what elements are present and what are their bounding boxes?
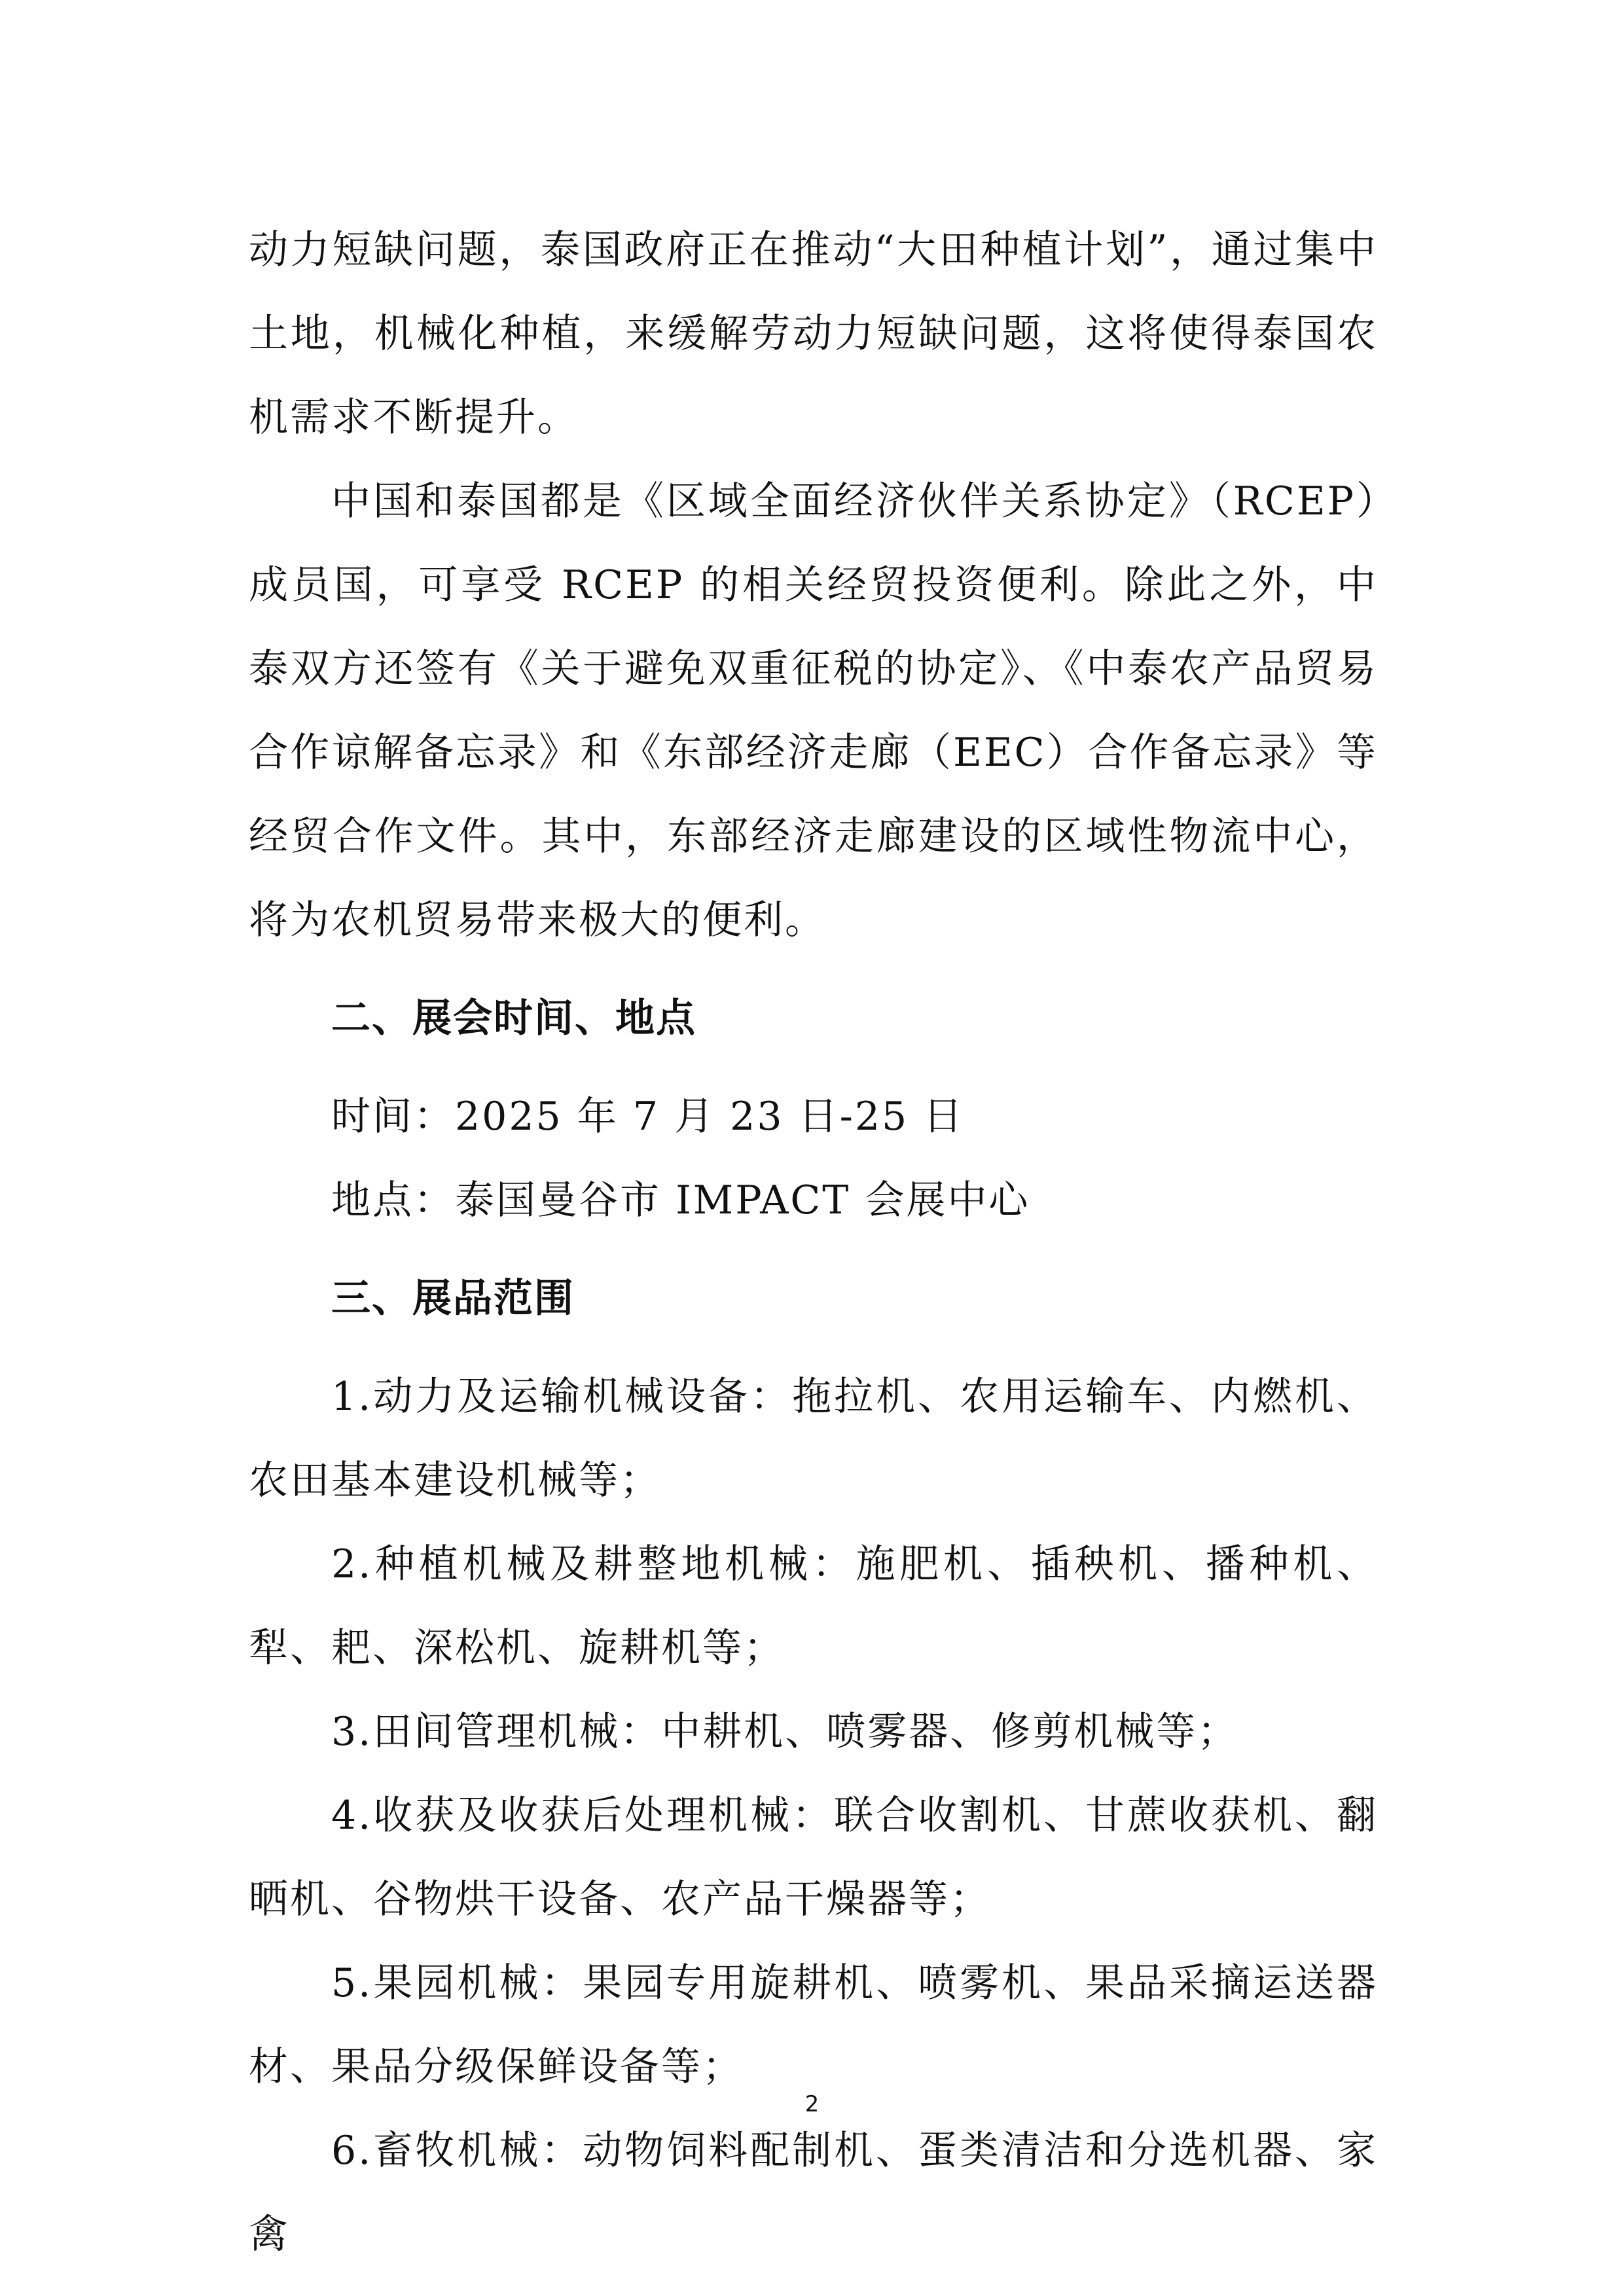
section-heading-time-location: 二、展会时间、地点: [249, 977, 1378, 1060]
page-number: 2: [0, 2091, 1624, 2117]
section-heading-exhibit-scope: 三、展品范围: [249, 1257, 1378, 1340]
exhibition-time: 时间：2025 年 7 月 23 日-25 日: [249, 1075, 1378, 1158]
exhibit-item-1: 1.动力及运输机械设备：拖拉机、农用运输车、内燃机、农田基本建设机械等；: [249, 1355, 1378, 1522]
intro-paragraph-1: 动力短缺问题，泰国政府正在推动“大田种植计划”，通过集中土地，机械化种植，来缓解…: [249, 208, 1378, 459]
document-page: 动力短缺问题，泰国政府正在推动“大田种植计划”，通过集中土地，机械化种植，来缓解…: [249, 208, 1378, 2276]
exhibition-location: 地点：泰国曼谷市 IMPACT 会展中心: [249, 1158, 1378, 1242]
exhibit-item-6: 6.畜牧机械：动物饲料配制机、蛋类清洁和分选机器、家禽: [249, 2109, 1378, 2276]
exhibit-item-5: 5.果园机械：果园专用旋耕机、喷雾机、果品采摘运送器材、果品分级保鲜设备等；: [249, 1941, 1378, 2109]
intro-paragraph-2: 中国和泰国都是《区域全面经济伙伴关系协定》（RCEP）成员国，可享受 RCEP …: [249, 459, 1378, 962]
exhibit-item-3: 3.田间管理机械：中耕机、喷雾器、修剪机械等；: [249, 1690, 1378, 1774]
exhibit-item-4: 4.收获及收获后处理机械：联合收割机、甘蔗收获机、翻晒机、谷物烘干设备、农产品干…: [249, 1774, 1378, 1941]
exhibit-item-2: 2.种植机械及耕整地机械：施肥机、插秧机、播种机、犁、耙、深松机、旋耕机等；: [249, 1522, 1378, 1690]
